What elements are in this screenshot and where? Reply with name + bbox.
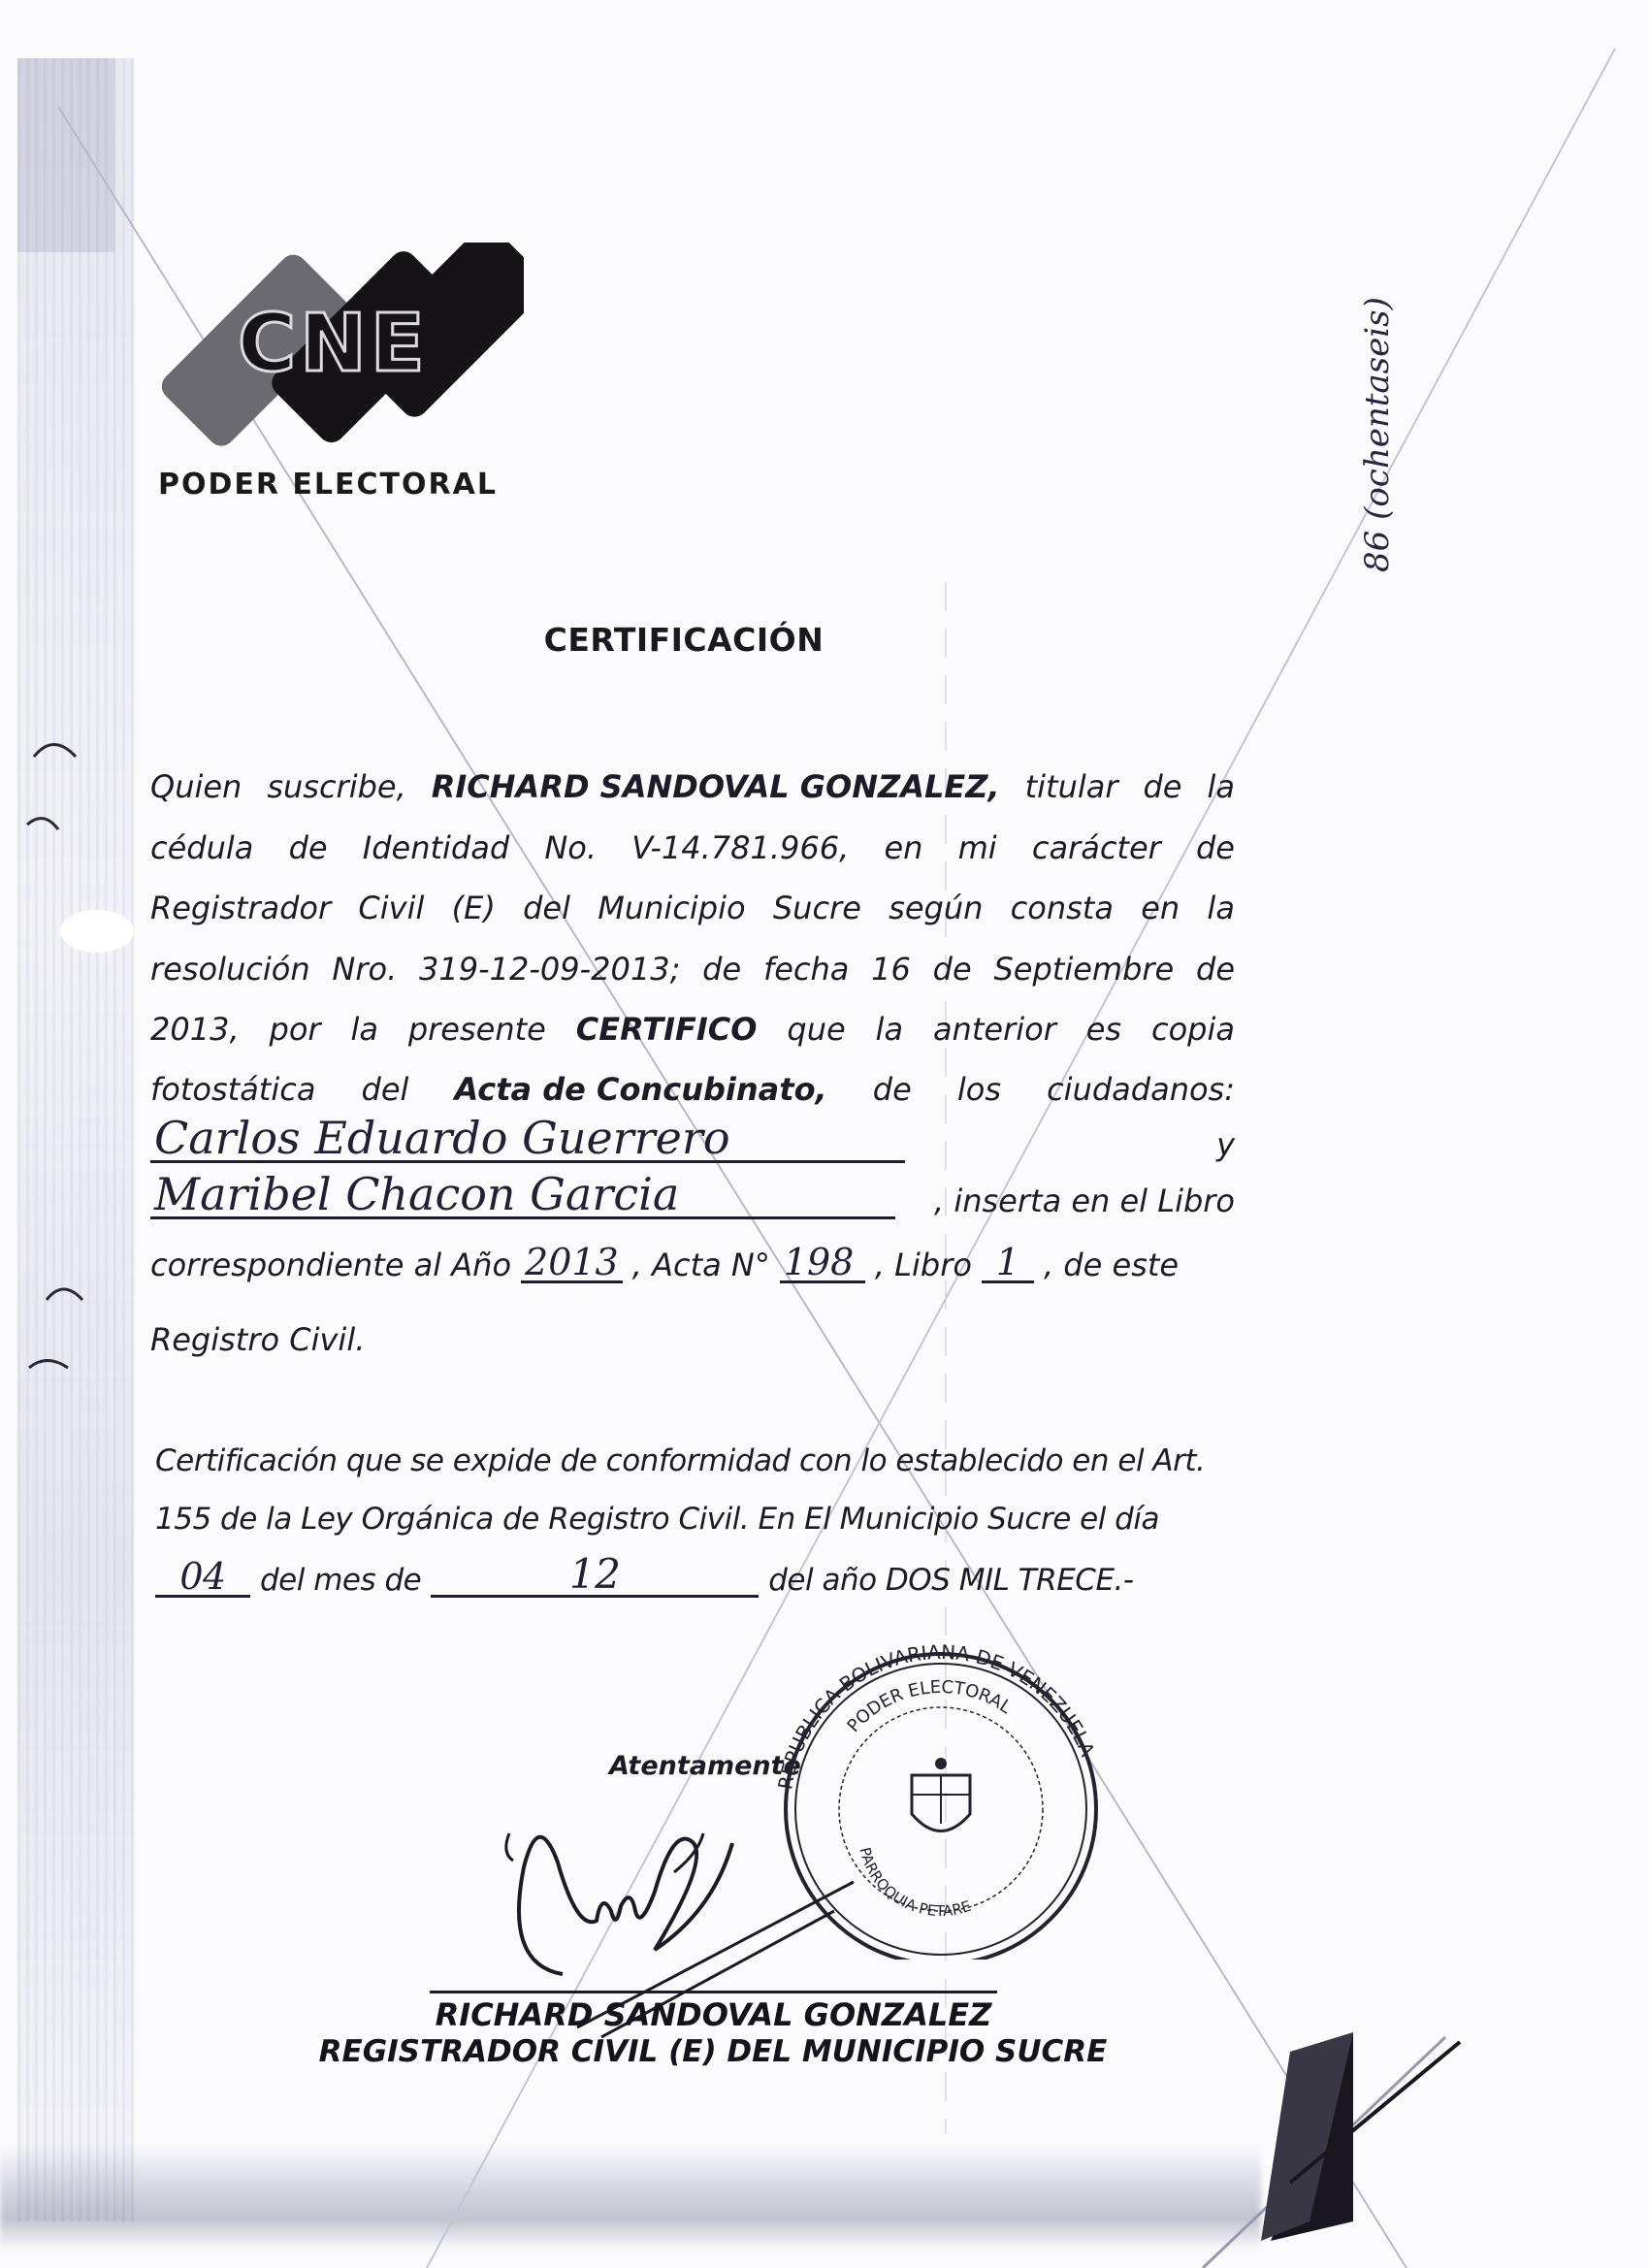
- month-field: 12: [431, 1554, 759, 1598]
- scan-noise-strip: [17, 58, 134, 2221]
- resolution-number: 319-12-09-2013;: [419, 951, 680, 988]
- registry-details-line: correspondiente al Año 2013 , Acta N° 19…: [150, 1244, 1235, 1283]
- citizen-2-handwritten: Maribel Chacon Garcia: [150, 1172, 895, 1219]
- cne-logo: CNE: [145, 243, 524, 456]
- signature-line: [430, 1991, 997, 1993]
- certifico-keyword: CERTIFICO: [576, 1011, 758, 1048]
- signatory-title: REGISTRADOR CIVIL (E) DEL MUNICIPIO SUCR…: [315, 2034, 1111, 2069]
- paragraph-line: Quien suscribe, RICHARD SANDOVAL GONZALE…: [150, 768, 1235, 805]
- paragraph-line: Registro Civil.: [150, 1321, 1235, 1358]
- paragraph-line: 2013, por la presente CERTIFICO que la a…: [150, 1011, 1235, 1048]
- scan-noise-top: [17, 58, 114, 252]
- svg-text:PODER ELECTORAL: PODER ELECTORAL: [843, 1677, 1015, 1736]
- citizen-line-2: Maribel Chacon Garcia , inserta en el Li…: [150, 1172, 1235, 1219]
- year-field: 2013: [521, 1244, 623, 1283]
- scan-smudge-bottom: [0, 2144, 1261, 2251]
- libro-number-field: 1: [982, 1244, 1034, 1283]
- legal-basis-line-2: 155 de la Ley Orgánica de Registro Civil…: [155, 1502, 1251, 1537]
- day-field: 04: [155, 1558, 250, 1598]
- document-title: CERTIFICACIÓN: [0, 621, 1368, 659]
- paragraph-line: Registrador Civil (E) del Municipio Sucr…: [150, 890, 1235, 926]
- paragraph-line: fotostática del Acta de Concubinato, de …: [150, 1071, 1235, 1108]
- svg-text:CNE: CNE: [238, 298, 429, 390]
- registrar-name: RICHARD SANDOVAL GONZALEZ,: [432, 768, 1000, 805]
- signatory-name: RICHARD SANDOVAL GONZALEZ: [430, 1996, 997, 2033]
- citizen-1-handwritten: Carlos Eduardo Guerrero: [150, 1116, 905, 1163]
- svg-text:PARROQUIA PETARE: PARROQUIA PETARE: [857, 1846, 974, 1920]
- citizen-line-1: Carlos Eduardo Guerrero y: [150, 1116, 1235, 1163]
- acta-type: Acta de Concubinato,: [454, 1071, 826, 1108]
- logo-caption: PODER ELECTORAL: [158, 468, 498, 502]
- svg-text:REPUBLICA BOLIVARIANA DE VENEZ: REPUBLICA BOLIVARIANA DE VENEZUELA: [773, 1640, 1099, 1792]
- id-number: V-14.781.966,: [631, 829, 849, 866]
- date-line: 04 del mes de 12 del año DOS MIL TRECE.-: [155, 1554, 1251, 1598]
- folded-corner: [1261, 2032, 1460, 2241]
- paragraph-line: cédula de Identidad No. V-14.781.966, en…: [150, 829, 1235, 866]
- acta-number-field: 198: [780, 1244, 865, 1283]
- legal-basis-line-1: Certificación que se expide de conformid…: [155, 1443, 1251, 1478]
- paragraph-line: resolución Nro. 319-12-09-2013; de fecha…: [150, 951, 1235, 988]
- margin-handwritten-note: 86 (ochentaseis): [1358, 184, 1397, 572]
- coat-of-arms-icon: [912, 1758, 970, 1831]
